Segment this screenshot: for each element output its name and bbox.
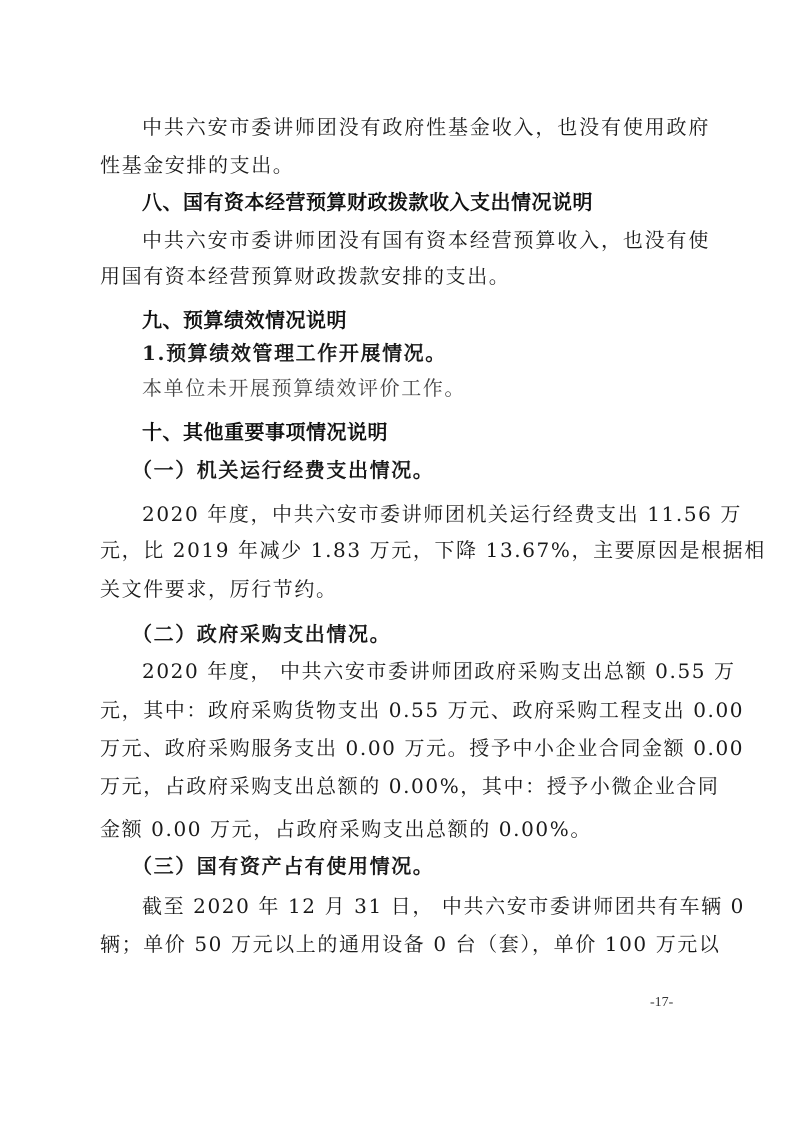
paragraph-line: 万元、政府采购服务支出 0.00 万元。授予中小企业合同金额 0.00 (100, 735, 710, 761)
paragraph-line: 辆；单价 50 万元以上的通用设备 0 台（套），单价 100 万元以 (100, 931, 710, 957)
subheading-state-assets: （三）国有资产占有使用情况。 (132, 853, 700, 879)
paragraph-line: 截至 2020 年 12 月 31 日， 中共六安市委讲师团共有车辆 0 (142, 893, 710, 919)
paragraph-line: 本单位未开展预算绩效评价工作。 (142, 375, 710, 401)
subheading-operating-costs: （一）机关运行经费支出情况。 (132, 457, 700, 483)
paragraph-line: 元，比 2019 年减少 1.83 万元，下降 13.67%，主要原因是根据相 (100, 537, 710, 563)
paragraph-line: 中共六安市委讲师团没有政府性基金收入，也没有使用政府 (142, 114, 710, 140)
section-heading-8: 八、国有资本经营预算财政拨款收入支出情况说明 (142, 189, 710, 215)
paragraph-line: 中共六安市委讲师团没有国有资本经营预算收入，也没有使 (142, 227, 710, 253)
paragraph-line: 2020 年度， 中共六安市委讲师团政府采购支出总额 0.55 万 (142, 658, 710, 684)
paragraph-line: 关文件要求，厉行节约。 (100, 576, 710, 602)
paragraph-line: 2020 年度，中共六安市委讲师团机关运行经费支出 11.56 万 (142, 501, 710, 527)
subheading-procurement: （二）政府采购支出情况。 (132, 621, 700, 647)
paragraph-line: 金额 0.00 万元，占政府采购支出总额的 0.00%。 (100, 816, 710, 842)
paragraph-line: 元，其中：政府采购货物支出 0.55 万元、政府采购工程支出 0.00 (100, 697, 710, 723)
paragraph-line: 性基金安排的支出。 (100, 152, 710, 178)
subheading-1: 1.预算绩效管理工作开展情况。 (142, 340, 710, 366)
page-number: -17- (650, 995, 673, 1011)
section-heading-9: 九、预算绩效情况说明 (142, 307, 710, 333)
paragraph-line: 用国有资本经营预算财政拨款安排的支出。 (100, 263, 710, 289)
section-heading-10: 十、其他重要事项情况说明 (142, 419, 710, 445)
paragraph-line: 万元，占政府采购支出总额的 0.00%，其中：授予小微企业合同 (100, 773, 710, 799)
